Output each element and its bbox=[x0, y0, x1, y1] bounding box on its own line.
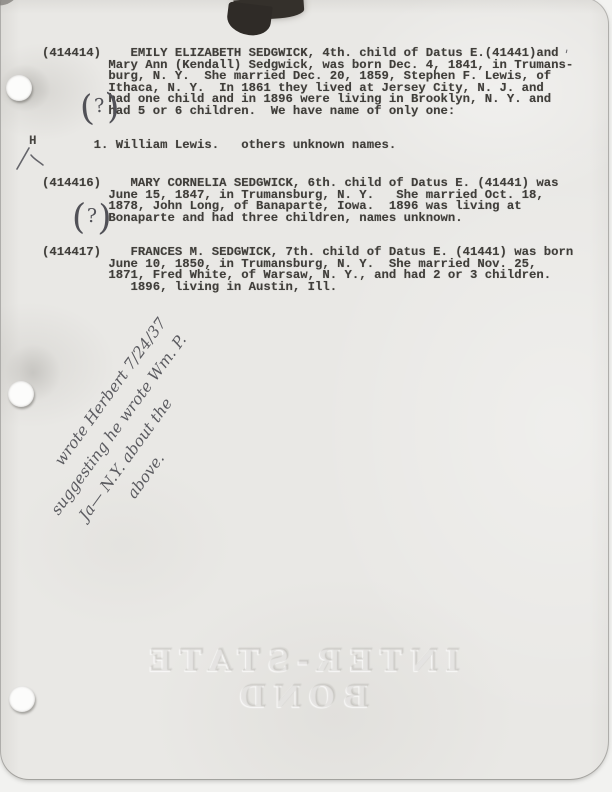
ink-blob bbox=[225, 1, 272, 37]
question-mark-glyph: ? bbox=[94, 95, 106, 118]
pencil-caret-mark bbox=[13, 146, 47, 172]
question-mark-paren: ( bbox=[71, 200, 86, 235]
punch-hole-bottom bbox=[9, 686, 35, 712]
typed-entry-414417: (414417) FRANCES M. SEDGWICK, 7th. child… bbox=[42, 247, 573, 293]
punch-hole-middle bbox=[8, 381, 34, 407]
typed-entry-414414: (414414) EMILY ELIZABETH SEDGWICK, 4th. … bbox=[42, 48, 573, 152]
corner-fold-shadow bbox=[0, 0, 18, 8]
question-mark-paren: ) bbox=[97, 201, 112, 236]
watermark-text: INTER-STATE BOND bbox=[81, 643, 521, 715]
question-mark-paren: ) bbox=[104, 89, 121, 125]
scanned-page: INTER-STATE BOND (414414) EMILY ELIZABET… bbox=[0, 0, 612, 792]
paper-sheet: INTER-STATE BOND (414414) EMILY ELIZABET… bbox=[1, 0, 608, 779]
pencil-question-mark-1: ( ? ) bbox=[78, 85, 121, 130]
pencil-question-mark-2: ( ? ) bbox=[71, 196, 112, 239]
question-mark-glyph: ? bbox=[86, 205, 97, 227]
punch-hole-top bbox=[6, 75, 32, 101]
typed-entry-414416: (414416) MARY CORNELIA SEDGWICK, 6th. ch… bbox=[42, 178, 559, 224]
